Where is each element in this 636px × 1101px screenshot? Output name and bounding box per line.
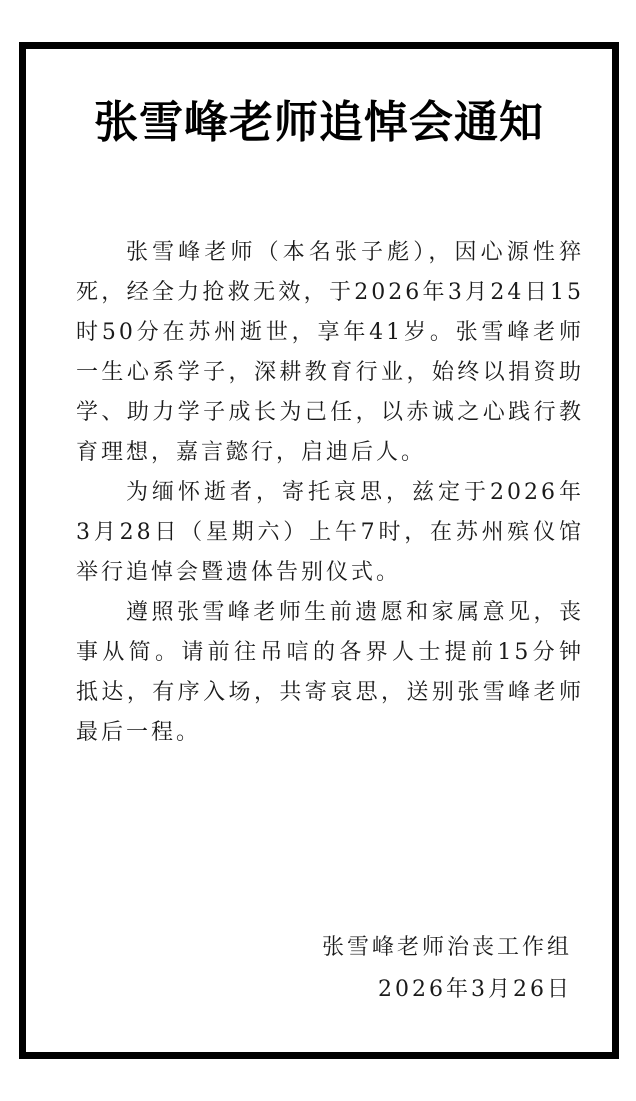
signature-date: 2026年3月26日: [322, 969, 572, 1011]
notice-frame: 张雪峰老师追悼会通知 张雪峰老师（本名张子彪），因心源性猝死，经全力抢救无效，于…: [19, 42, 619, 1059]
paragraph-obituary: 张雪峰老师（本名张子彪），因心源性猝死，经全力抢救无效，于2026年3月24日1…: [76, 233, 584, 473]
notice-body: 张雪峰老师（本名张子彪），因心源性猝死，经全力抢救无效，于2026年3月24日1…: [76, 233, 584, 753]
signature-organization: 张雪峰老师治丧工作组: [322, 927, 572, 969]
signature-block: 张雪峰老师治丧工作组 2026年3月26日: [322, 927, 572, 1011]
paragraph-memorial-schedule: 为缅怀逝者，寄托哀思，兹定于2026年3月28日（星期六）上午7时，在苏州殡仪馆…: [76, 473, 584, 593]
paragraph-attendance-notice: 遵照张雪峰老师生前遗愿和家属意见，丧事从简。请前往吊唁的各界人士提前15分钟抵达…: [76, 593, 584, 753]
notice-title: 张雪峰老师追悼会通知: [26, 97, 612, 149]
